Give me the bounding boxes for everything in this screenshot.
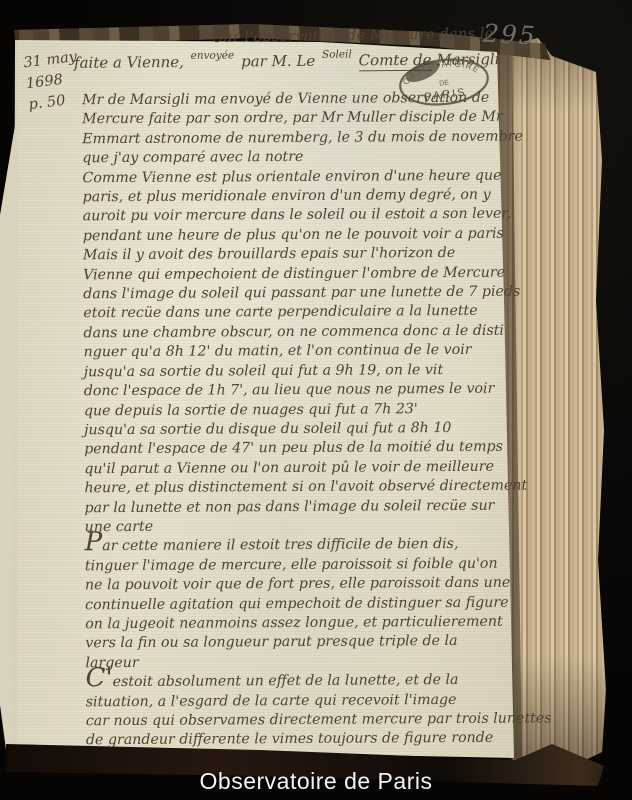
margin-date-note: 31 may 1698 p. 50 (22, 47, 83, 116)
manuscript-line: jusqu'a sa sortie du soleil qui fut a 9h… (84, 360, 496, 382)
manuscript-line: donc l'espace de 1h 7', au lieu que nous… (84, 380, 496, 402)
manuscript-line: auroit pu voir mercure dans le soleil ou… (83, 205, 495, 227)
manuscript-line: nguer qu'a 8h 12' du matin, et l'on cont… (84, 341, 496, 363)
manuscript-body: Mr de Marsigli ma envoyé de Vienne une o… (82, 89, 498, 751)
manuscript-line: une carte (85, 516, 497, 538)
manuscript-line: etoit recüe dans une carte perpendiculai… (83, 302, 495, 324)
manuscript-line: continuelle agitation qui empechoit de d… (85, 593, 497, 615)
manuscript-line: heure, et plus distinctement si on l'avo… (84, 477, 496, 499)
photo-caption: Observatoire de Paris (0, 768, 632, 795)
manuscript-line: ne la pouvoit voir que de fort pres, ell… (85, 574, 497, 596)
manuscript-line: on la jugeoit neanmoins assez longue, et… (85, 613, 497, 635)
title-line2-mid: par M. Le (241, 52, 315, 71)
manuscript-line: de grandeur differente le vimes toujours… (86, 729, 498, 751)
manuscript-line: Comme Vienne est plus orientale environ … (82, 166, 494, 188)
manuscript-line: qu'il parut a Vienne ou l'on auroit pû l… (84, 457, 496, 479)
manuscript-line: dans l'image du soleil qui passant par u… (83, 283, 495, 305)
manuscript-line: vers la fin ou sa longueur parut presque… (85, 632, 497, 654)
manuscript-line: jusqu'a sa sortie du disque du soleil qu… (84, 419, 496, 441)
manuscript-line: Mercure faite par son ordre, par Mr Mull… (82, 108, 494, 130)
title-line2-start: faite a Vienne, (74, 53, 184, 72)
stamp-text-middle: DE (439, 79, 450, 87)
manuscript-line: Mais il y avoit des brouillards epais su… (83, 244, 495, 266)
manuscript-line: que depuis la sortie de nuages qui fut a… (84, 399, 496, 421)
manuscript-line: situation, a l'esgard de la carte qui re… (86, 690, 498, 712)
paragraph-2: Comme Vienne est plus orientale environ … (82, 166, 496, 537)
manuscript-line: tinguer l'image de mercure, elle paroiss… (85, 554, 497, 576)
manuscript-line: dans une chambre obscur, on ne commenca … (83, 322, 495, 344)
photo-frame: 295 Sur l'observation de Mercure dans le… (0, 0, 632, 800)
manuscript-line: Vienne qui empechoient de distinguer l'o… (83, 263, 495, 285)
manuscript-line: largeur (85, 652, 497, 674)
manuscript-line: car nous qui observames directement merc… (86, 710, 498, 732)
title-insert-soleil: Soleil (322, 48, 352, 60)
manuscript-line: que j'ay comparé avec la notre (82, 147, 494, 169)
paragraph-3: Par cette maniere il estoit tres diffici… (85, 535, 498, 673)
manuscript-line: pendant l'espace de 47' un peu plus de l… (84, 438, 496, 460)
manuscript-line: paris, et plus meridionale environ d'un … (83, 186, 495, 208)
manuscript-line: Mr de Marsigli ma envoyé de Vienne une o… (82, 89, 494, 111)
manuscript-line: par la lunette et non pas dans l'image d… (84, 496, 496, 518)
paragraph-1: Mr de Marsigli ma envoyé de Vienne une o… (82, 89, 494, 169)
manuscript-line: Emmart astronome de nuremberg, le 3 du m… (82, 128, 494, 150)
manuscript-line: C'estoit absolument un effet de la lunet… (86, 671, 498, 693)
manuscript-line: Par cette maniere il estoit tres diffici… (85, 535, 497, 557)
paragraph-4: C'estoit absolument un effet de la lunet… (86, 671, 498, 751)
title-insert-envoyee: envoyée (191, 49, 235, 61)
manuscript-line: pendant une heure de plus qu'on ne le po… (83, 225, 495, 247)
